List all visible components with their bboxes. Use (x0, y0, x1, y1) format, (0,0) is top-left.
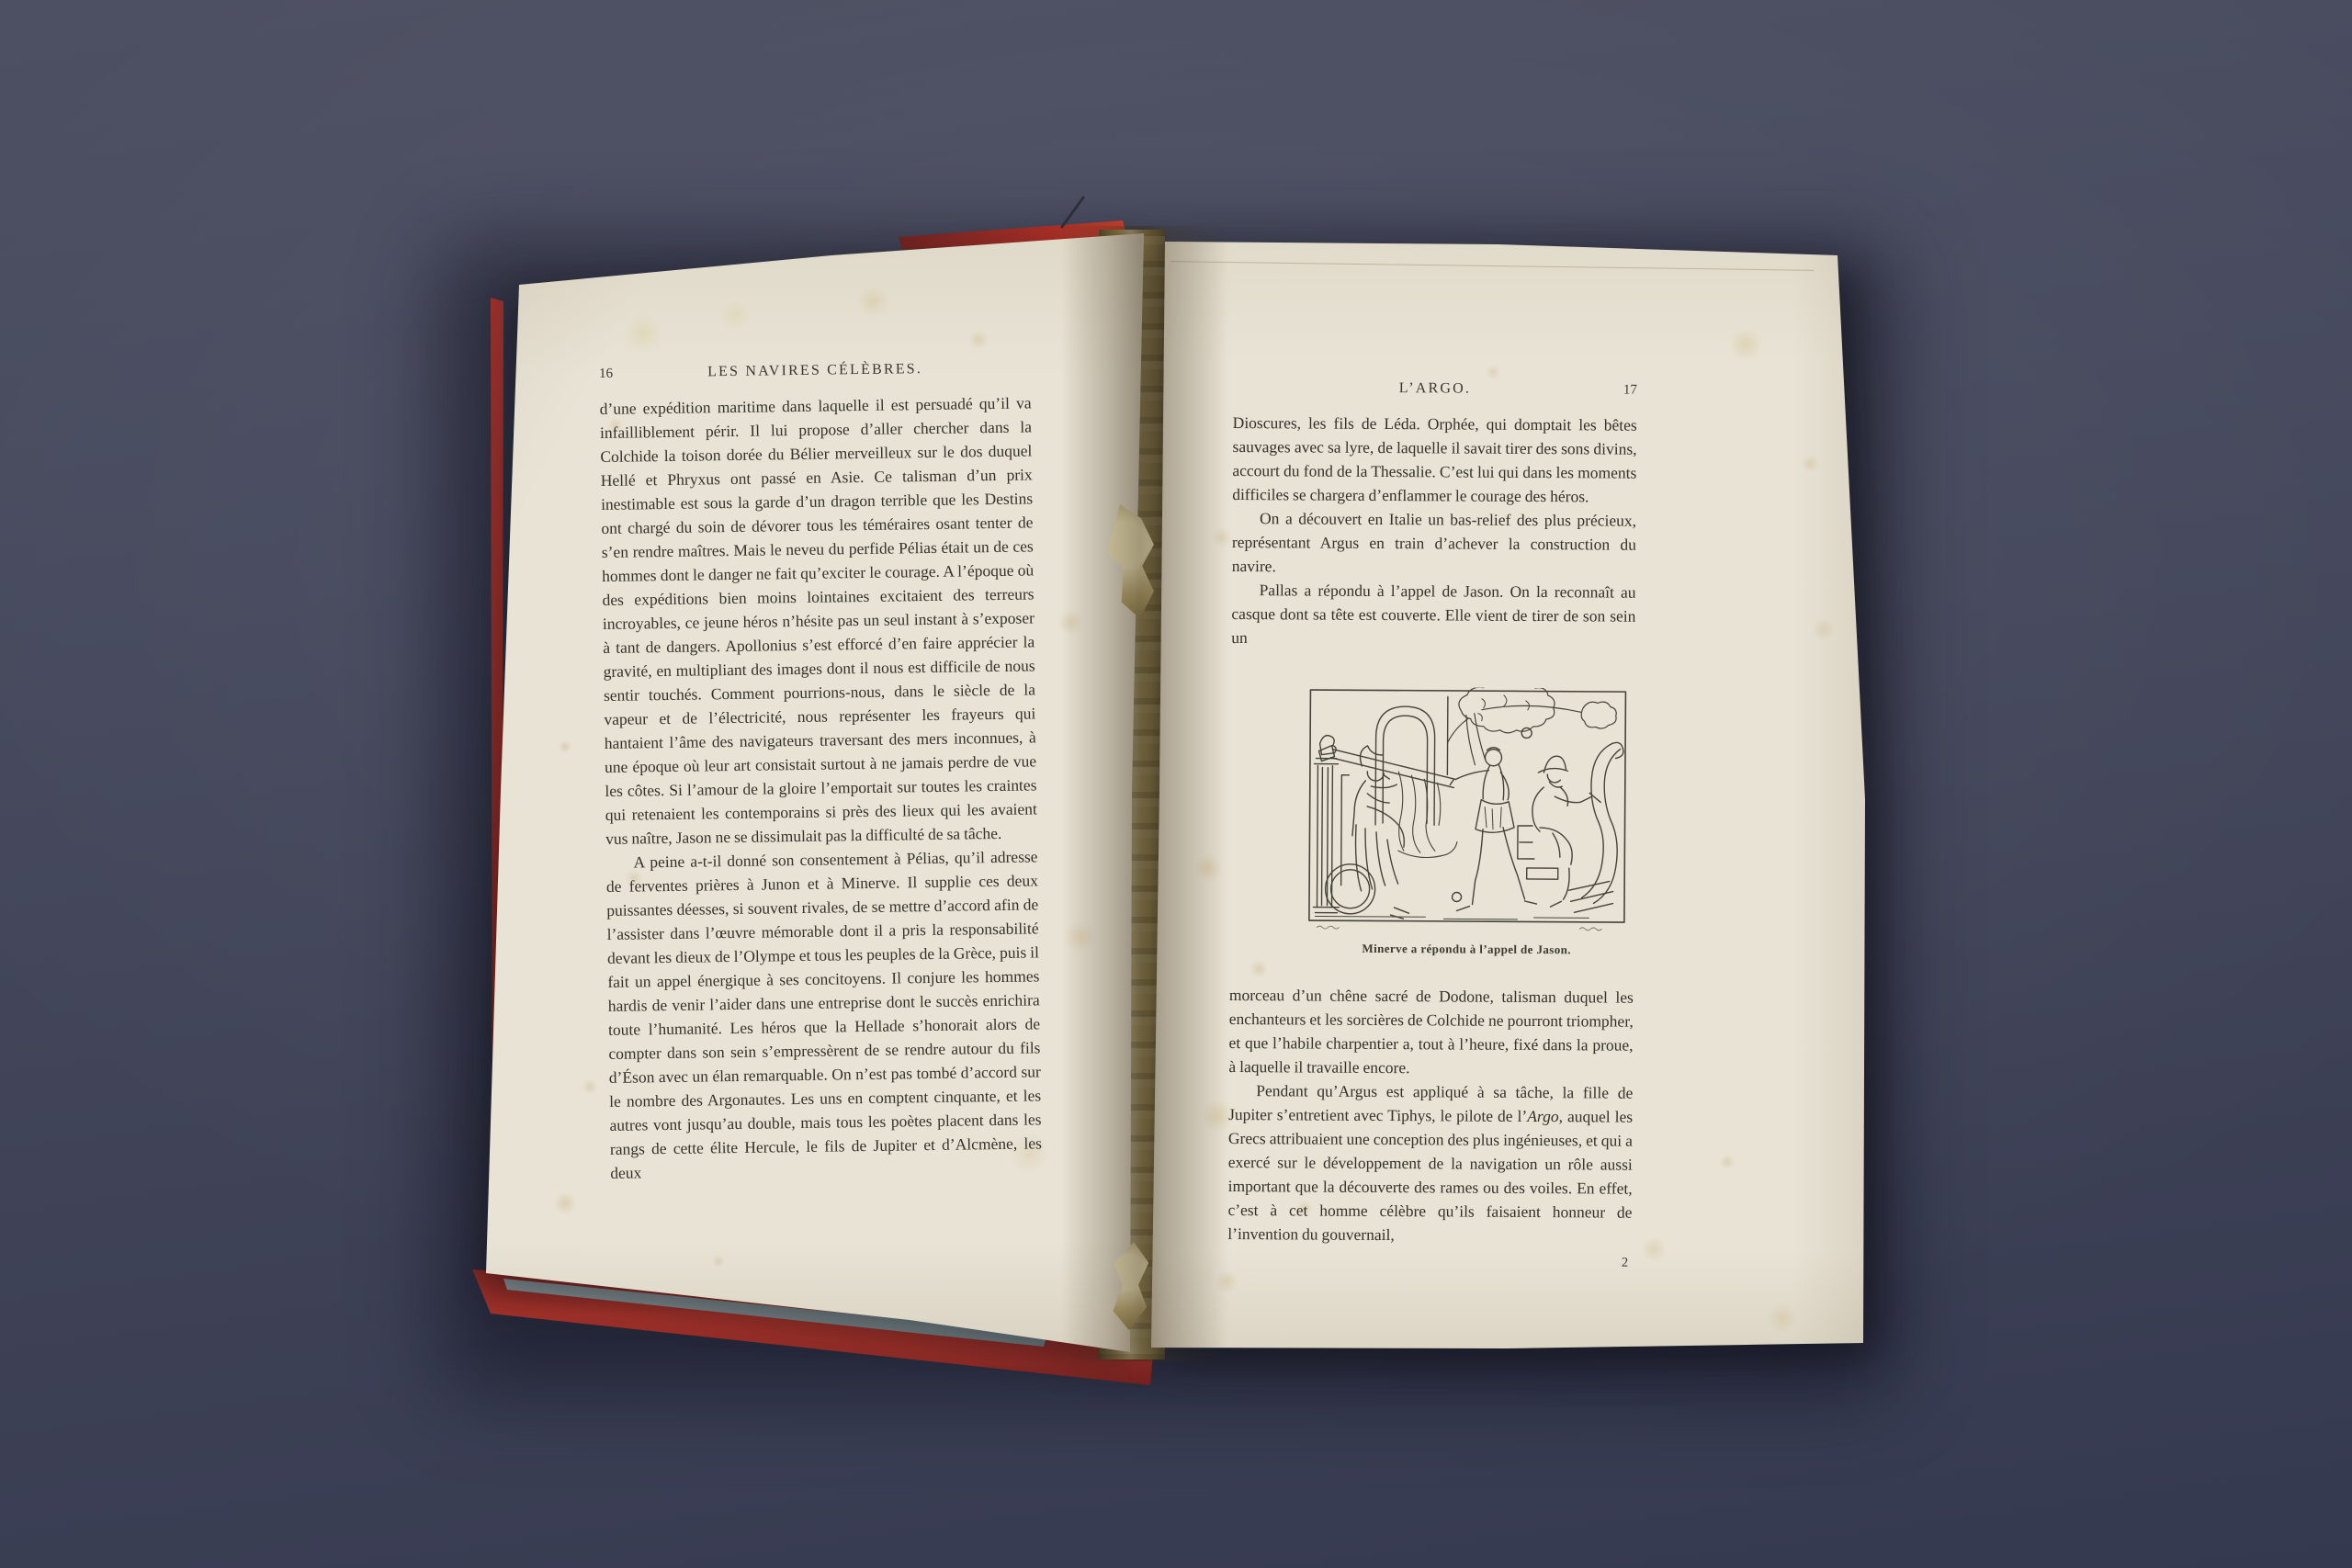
paragraph: Pallas a répondu à l’appel de Jason. On … (1231, 578, 1635, 652)
background-wall (1447, 696, 1448, 774)
ground-line (1315, 917, 1589, 920)
left-page-content: 16 LES NAVIRES CÉLÈBRES. d’une expéditio… (599, 359, 1042, 1184)
right-running-head: L’ARGO. 17 (1233, 379, 1637, 399)
left-running-title: LES NAVIRES CÉLÈBRES. (638, 360, 992, 381)
bas-relief-illustration: Minerve a répondu à l’appel de Jason. (1306, 687, 1629, 958)
paragraph: On a découvert en Italie un bas-relief d… (1232, 506, 1636, 581)
right-page-text-top: Dioscures, les fils de Léda. Orphée, qui… (1231, 411, 1637, 652)
tree (1447, 687, 1616, 766)
paragraph: Dioscures, les fils de Léda. Orphée, qui… (1232, 411, 1637, 509)
photograph-background: 16 LES NAVIRES CÉLÈBRES. d’une expéditio… (0, 0, 2352, 1568)
paragraph: Pendant qu’Argus est appliqué à sa tâche… (1227, 1078, 1633, 1248)
engraver-marks (1317, 926, 1601, 931)
paragraph: morceau d’un chêne sacré de Dodone, tali… (1228, 983, 1634, 1081)
paragraph: A peine a-t-il donné son consentement à … (605, 844, 1042, 1185)
left-page-text: d’une expédition maritime dans laquelle … (599, 390, 1042, 1184)
left-page-wrap: 16 LES NAVIRES CÉLÈBRES. d’une expéditio… (478, 228, 1148, 1359)
left-running-head: 16 LES NAVIRES CÉLÈBRES. (599, 359, 1031, 382)
column (1313, 736, 1340, 913)
bas-relief-engraving (1306, 687, 1629, 935)
paragraph: d’une expédition maritime dans laquelle … (599, 390, 1037, 851)
left-header-spacer (992, 371, 1031, 372)
relief-dots (1453, 728, 1532, 902)
left-page-number: 16 (599, 366, 638, 382)
right-page: L’ARGO. 17 Dioscures, les fils de Léda. … (1139, 234, 1874, 1350)
right-page-text-bottom: morceau d’un chêne sacré de Dodone, tali… (1227, 983, 1634, 1248)
right-page-wrap: L’ARGO. 17 Dioscures, les fils de Léda. … (1139, 234, 1874, 1350)
illustration-caption: Minerve a répondu à l’appel de Jason. (1306, 941, 1627, 957)
ship-stern (1568, 742, 1623, 912)
right-running-title: L’ARGO. (1272, 379, 1599, 398)
gathering-signature-mark: 2 (1227, 1253, 1632, 1271)
shield (1325, 864, 1374, 914)
right-page-number: 17 (1599, 382, 1637, 398)
jason-figure (1449, 747, 1537, 911)
argus-figure (1518, 756, 1601, 908)
drapery (1398, 772, 1458, 858)
arch-niche (1375, 706, 1435, 825)
left-page: 16 LES NAVIRES CÉLÈBRES. d’une expéditio… (478, 228, 1148, 1359)
right-page-content: L’ARGO. 17 Dioscures, les fils de Léda. … (1227, 379, 1637, 1271)
